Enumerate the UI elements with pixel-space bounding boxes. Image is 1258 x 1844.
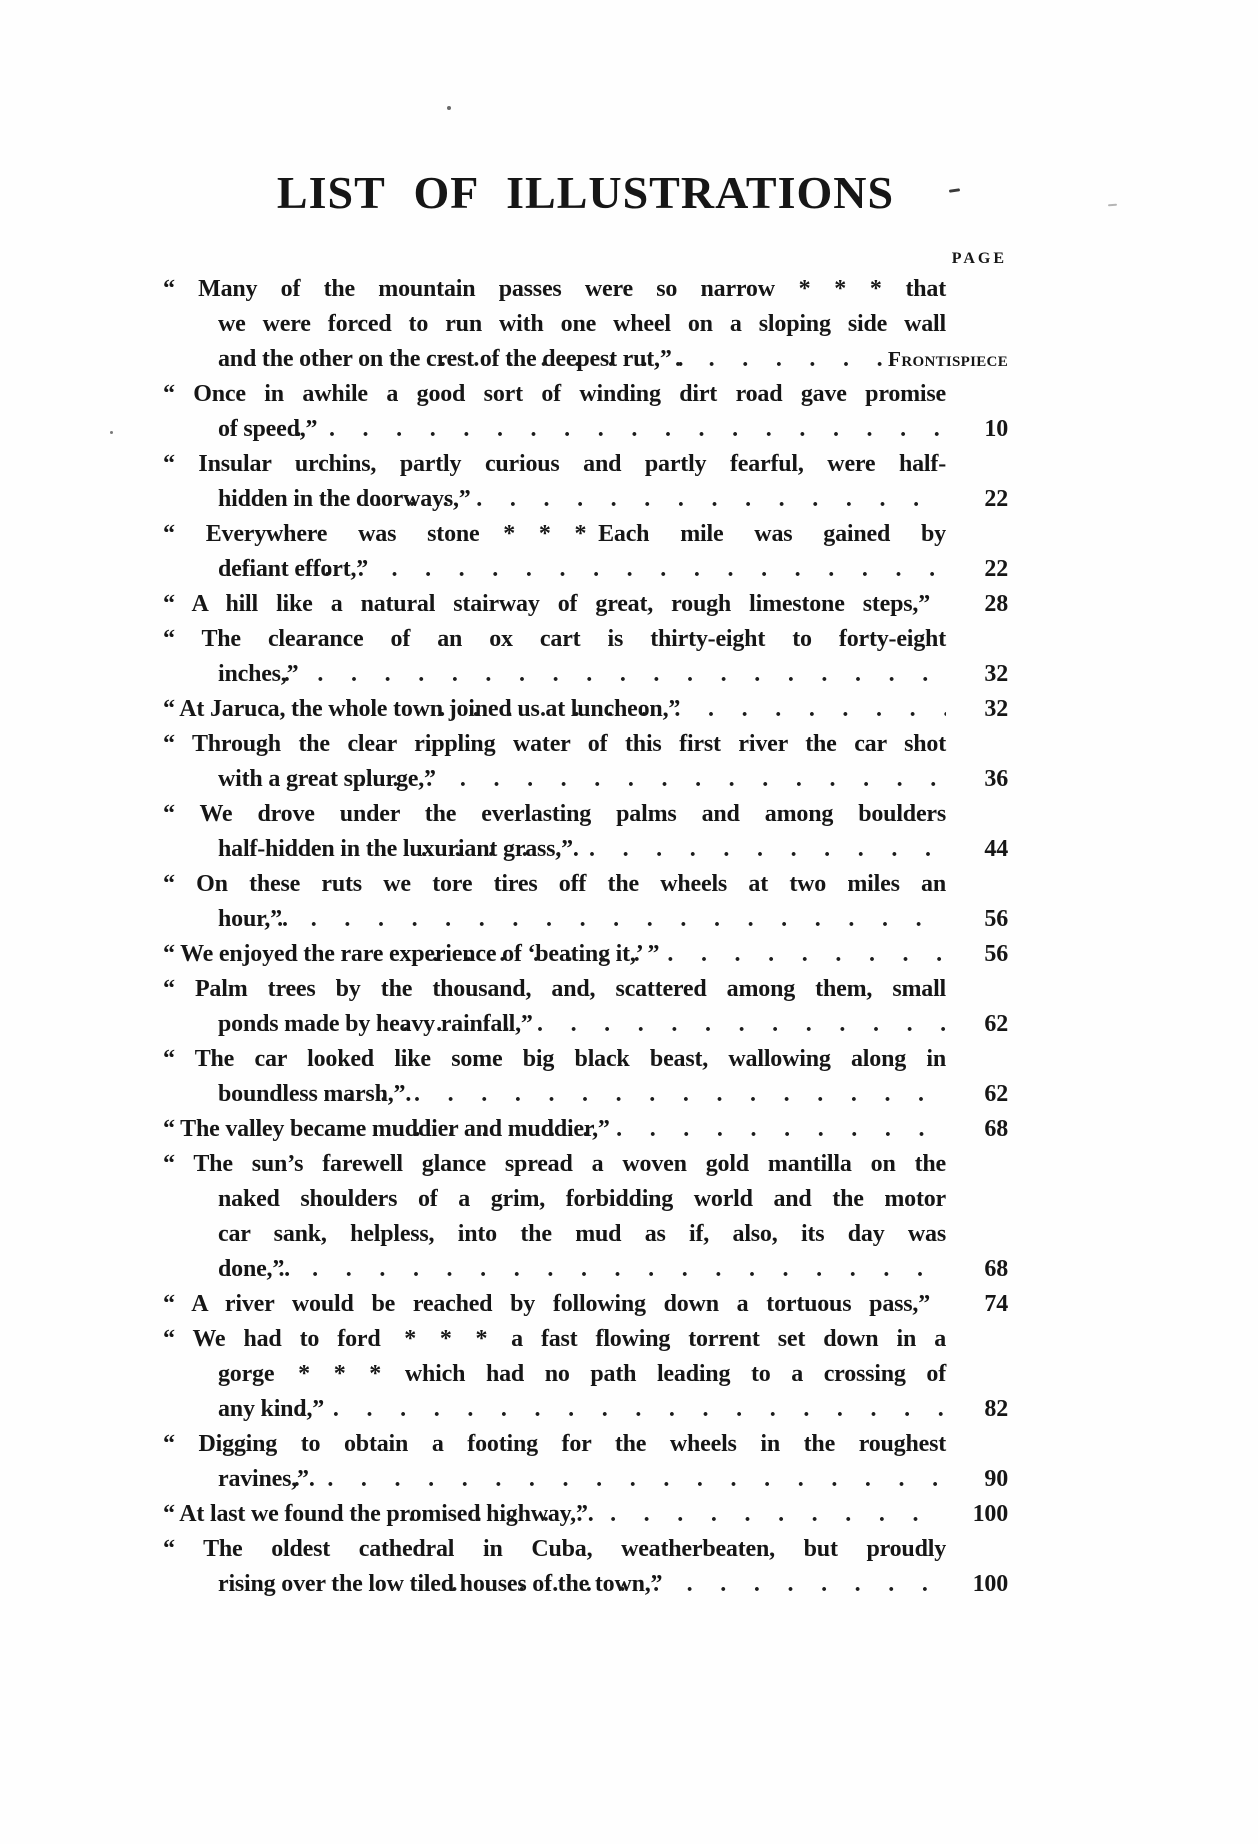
entry-text: we were forced to run with one wheel on …: [163, 311, 946, 338]
dot-leader: [439, 1571, 946, 1598]
illustration-entry: “ Palm trees by the thousand, and, scatt…: [163, 976, 1008, 1046]
entry-page-number: 10: [946, 416, 1008, 443]
illustration-entry-line: “ Insular urchins, partly curious and pa…: [163, 451, 1008, 486]
entry-text: naked shoulders of a grim, forbidding wo…: [163, 1186, 946, 1213]
entry-page-number: 62: [946, 1011, 1008, 1038]
illustration-entry-line: we were forced to run with one wheel on …: [163, 311, 1008, 346]
illustration-entry-line: “ Once in awhile a good sort of winding …: [163, 381, 1008, 416]
illustration-entry-line: inches,” 32: [163, 661, 1008, 696]
illustration-entry-line: “ We drove under the everlasting palms a…: [163, 801, 1008, 836]
illustration-entry-line: of speed,” 10: [163, 416, 1008, 451]
scan-speck-top: [447, 106, 451, 110]
illustration-entry: “ We enjoyed the rare experience of ‘bea…: [163, 941, 1008, 976]
dot-leader: [396, 1501, 946, 1528]
illustration-entry: “ A river would be reached by following …: [163, 1291, 1008, 1326]
dot-leader: [427, 696, 946, 723]
dot-leader: [363, 486, 946, 513]
entry-text: done,”.: [163, 1256, 267, 1283]
dot-leader: [265, 906, 946, 933]
scan-speck-left-margin: [110, 431, 113, 434]
dot-leader: [335, 1081, 946, 1108]
entry-text: “ The sun’s farewell glance spread a wov…: [163, 1151, 946, 1178]
entry-text: half-hidden in the luxuriant grass,”.: [163, 836, 409, 863]
illustration-entry-line: ravines,”. 90: [163, 1466, 1008, 1501]
illustration-entry-line: defiant effort,” 22: [163, 556, 1008, 591]
illustration-entry-line: and the other on the crest of the deepes…: [163, 346, 1008, 381]
entry-text: rising over the low tiled houses of the …: [163, 1571, 439, 1598]
dot-leader: [391, 1011, 946, 1038]
illustration-entry-line: “ A river would be reached by following …: [163, 1291, 1008, 1326]
illustration-entry-line: “ The car looked like some big black bea…: [163, 1046, 1008, 1081]
illustration-entry: “ At Jaruca, the whole town joined us at…: [163, 696, 1008, 731]
illustration-entry: “ The valley became muddier and muddier,…: [163, 1116, 1008, 1151]
entry-page-number: 62: [946, 1081, 1008, 1108]
illustration-entry: “ A hill like a natural stairway of grea…: [163, 591, 1008, 626]
dot-leader: [403, 1116, 947, 1143]
entry-text: “ The valley became muddier and muddier,…: [163, 1116, 403, 1143]
dot-leader: [283, 416, 946, 443]
entry-text: inches,”: [163, 661, 272, 688]
illustration-entry-line: “ Palm trees by the thousand, and, scatt…: [163, 976, 1008, 1011]
entry-text: any kind,”: [163, 1396, 287, 1423]
illustration-entry-line: any kind,” 82: [163, 1396, 1008, 1431]
entry-page-number: 22: [946, 486, 1008, 513]
book-page: LIST OF ILLUSTRATIONS PAGE “ Many of the…: [0, 0, 1258, 1844]
entry-text: “ A hill like a natural stairway of grea…: [163, 591, 946, 618]
illustration-entry-line: “ Through the clear rippling water of th…: [163, 731, 1008, 766]
entry-page-number: 32: [946, 696, 1008, 723]
entry-page-number: 100: [946, 1571, 1008, 1598]
illustration-entry-line: half-hidden in the luxuriant grass,”. 44: [163, 836, 1008, 871]
entry-page-number: 56: [946, 941, 1008, 968]
illustration-entry-line: “ At Jaruca, the whole town joined us at…: [163, 696, 1008, 731]
dot-leader: [428, 346, 888, 373]
illustration-entry-line: “ A hill like a natural stairway of grea…: [163, 591, 1008, 626]
entry-text: “ Once in awhile a good sort of winding …: [163, 381, 946, 408]
entry-text: ravines,”.: [163, 1466, 282, 1493]
entry-text: of speed,”: [163, 416, 283, 443]
dot-leader: [272, 661, 946, 688]
entry-text: “ Many of the mountain passes were so na…: [163, 276, 946, 303]
illustration-entry-line: “ Digging to obtain a footing for the wh…: [163, 1431, 1008, 1466]
entry-text: “ We enjoyed the rare experience of ‘bea…: [163, 941, 420, 968]
entry-text: “ On these ruts we tore tires off the wh…: [163, 871, 946, 898]
entry-text: defiant effort,”: [163, 556, 312, 583]
entry-page-number: 22: [946, 556, 1008, 583]
illustration-entry-line: car sank, helpless, into the mud as if, …: [163, 1221, 1008, 1256]
entry-text: car sank, helpless, into the mud as if, …: [163, 1221, 946, 1248]
illustration-entry: “ The oldest cathedral in Cuba, weatherb…: [163, 1536, 1008, 1606]
entry-text: hour,”.: [163, 906, 265, 933]
page-title: LIST OF ILLUSTRATIONS: [163, 170, 1008, 216]
illustration-entry-line: done,”. 68: [163, 1256, 1008, 1291]
dot-leader: [420, 941, 946, 968]
entry-text: “ At Jaruca, the whole town joined us at…: [163, 696, 427, 723]
entry-page-number: 100: [946, 1501, 1008, 1528]
illustration-entry-line: hour,”. 56: [163, 906, 1008, 941]
illustration-entry: “ At last we found the promised highway,…: [163, 1501, 1008, 1536]
entry-page-number: 74: [946, 1291, 1008, 1318]
dot-leader: [267, 1256, 946, 1283]
illustration-entry: “ We had to ford * * * a fast flowing to…: [163, 1326, 1008, 1431]
entry-text: “ The clearance of an ox cart is thirty-…: [163, 626, 946, 653]
entry-page-number: 68: [946, 1116, 1008, 1143]
entry-text: “ At last we found the promised highway,…: [163, 1501, 396, 1528]
illustration-entry: “ Through the clear rippling water of th…: [163, 731, 1008, 801]
entry-text: and the other on the crest of the deepes…: [163, 346, 428, 373]
illustration-entry-line: “ Everywhere was stone * * * Each mile w…: [163, 521, 1008, 556]
illustration-entry: “ On these ruts we tore tires off the wh…: [163, 871, 1008, 941]
entry-page-number: 90: [946, 1466, 1008, 1493]
illustration-entry-line: with a great splurge,” 36: [163, 766, 1008, 801]
entry-text: “ A river would be reached by following …: [163, 1291, 946, 1318]
illustration-entry: “ Insular urchins, partly curious and pa…: [163, 451, 1008, 521]
illustration-entry: “ Everywhere was stone * * * Each mile w…: [163, 521, 1008, 591]
illustration-entry-line: “ The clearance of an ox cart is thirty-…: [163, 626, 1008, 661]
illustration-entry-line: ponds made by heavy rainfall,” 62: [163, 1011, 1008, 1046]
illustration-entry-line: “ We had to ford * * * a fast flowing to…: [163, 1326, 1008, 1361]
dot-leader: [347, 766, 946, 793]
entry-page-number: 68: [946, 1256, 1008, 1283]
page-column-header: PAGE: [952, 249, 1007, 269]
entry-text: with a great splurge,”: [163, 766, 347, 793]
entry-page-number: 28: [946, 591, 1008, 618]
illustration-entry-line: “ At last we found the promised highway,…: [163, 1501, 1008, 1536]
entry-text: hidden in the doorways,”: [163, 486, 363, 513]
illustration-entry-line: gorge * * * which had no path leading to…: [163, 1361, 1008, 1396]
illustration-entry-line: “ On these ruts we tore tires off the wh…: [163, 871, 1008, 906]
illustration-entry-line: naked shoulders of a grim, forbidding wo…: [163, 1186, 1008, 1221]
entry-text: gorge * * * which had no path leading to…: [163, 1361, 946, 1388]
illustration-entry: “ The car looked like some big black bea…: [163, 1046, 1008, 1116]
scan-faint-dash: [1108, 204, 1117, 207]
illustration-entry: “ The clearance of an ox cart is thirty-…: [163, 626, 1008, 696]
illustration-entry: “ Many of the mountain passes were so na…: [163, 276, 1008, 381]
illustration-entry-line: “ Many of the mountain passes were so na…: [163, 276, 1008, 311]
entry-page-number: 56: [946, 906, 1008, 933]
entry-text: “ Palm trees by the thousand, and, scatt…: [163, 976, 946, 1003]
entry-page-number: Frontispiece: [888, 347, 1008, 372]
illustration-entry: “ The sun’s farewell glance spread a wov…: [163, 1151, 1008, 1291]
entry-page-number: 32: [946, 661, 1008, 688]
illustration-entry: “ Once in awhile a good sort of winding …: [163, 381, 1008, 451]
entry-text: “ We had to ford * * * a fast flowing to…: [163, 1326, 946, 1353]
entry-page-number: 82: [946, 1396, 1008, 1423]
illustration-entry-line: “ The oldest cathedral in Cuba, weatherb…: [163, 1536, 1008, 1571]
entry-text: “ We drove under the everlasting palms a…: [163, 801, 946, 828]
dot-leader: [409, 836, 946, 863]
entry-text: “ The car looked like some big black bea…: [163, 1046, 946, 1073]
entry-text: “ Insular urchins, partly curious and pa…: [163, 451, 946, 478]
illustration-entry: “ Digging to obtain a footing for the wh…: [163, 1431, 1008, 1501]
dot-leader: [282, 1466, 946, 1493]
illustration-list: “ Many of the mountain passes were so na…: [163, 276, 1008, 1606]
dot-leader: [287, 1396, 946, 1423]
entry-text: boundless marsh,”.: [163, 1081, 335, 1108]
entry-text: ponds made by heavy rainfall,”: [163, 1011, 391, 1038]
entry-page-number: 44: [946, 836, 1008, 863]
entry-text: “ Everywhere was stone * * * Each mile w…: [163, 521, 946, 548]
illustration-entry-line: boundless marsh,”. 62: [163, 1081, 1008, 1116]
entry-text: “ Digging to obtain a footing for the wh…: [163, 1431, 946, 1458]
entry-text: “ Through the clear rippling water of th…: [163, 731, 946, 758]
entry-page-number: 36: [946, 766, 1008, 793]
illustration-entry-line: “ The valley became muddier and muddier,…: [163, 1116, 1008, 1151]
illustration-entry-line: “ We enjoyed the rare experience of ‘bea…: [163, 941, 1008, 976]
illustration-entry-line: “ The sun’s farewell glance spread a wov…: [163, 1151, 1008, 1186]
illustration-entry-line: rising over the low tiled houses of the …: [163, 1571, 1008, 1606]
dot-leader: [312, 556, 946, 583]
illustration-entry: “ We drove under the everlasting palms a…: [163, 801, 1008, 871]
illustration-entry-line: hidden in the doorways,” 22: [163, 486, 1008, 521]
entry-text: “ The oldest cathedral in Cuba, weatherb…: [163, 1536, 946, 1563]
